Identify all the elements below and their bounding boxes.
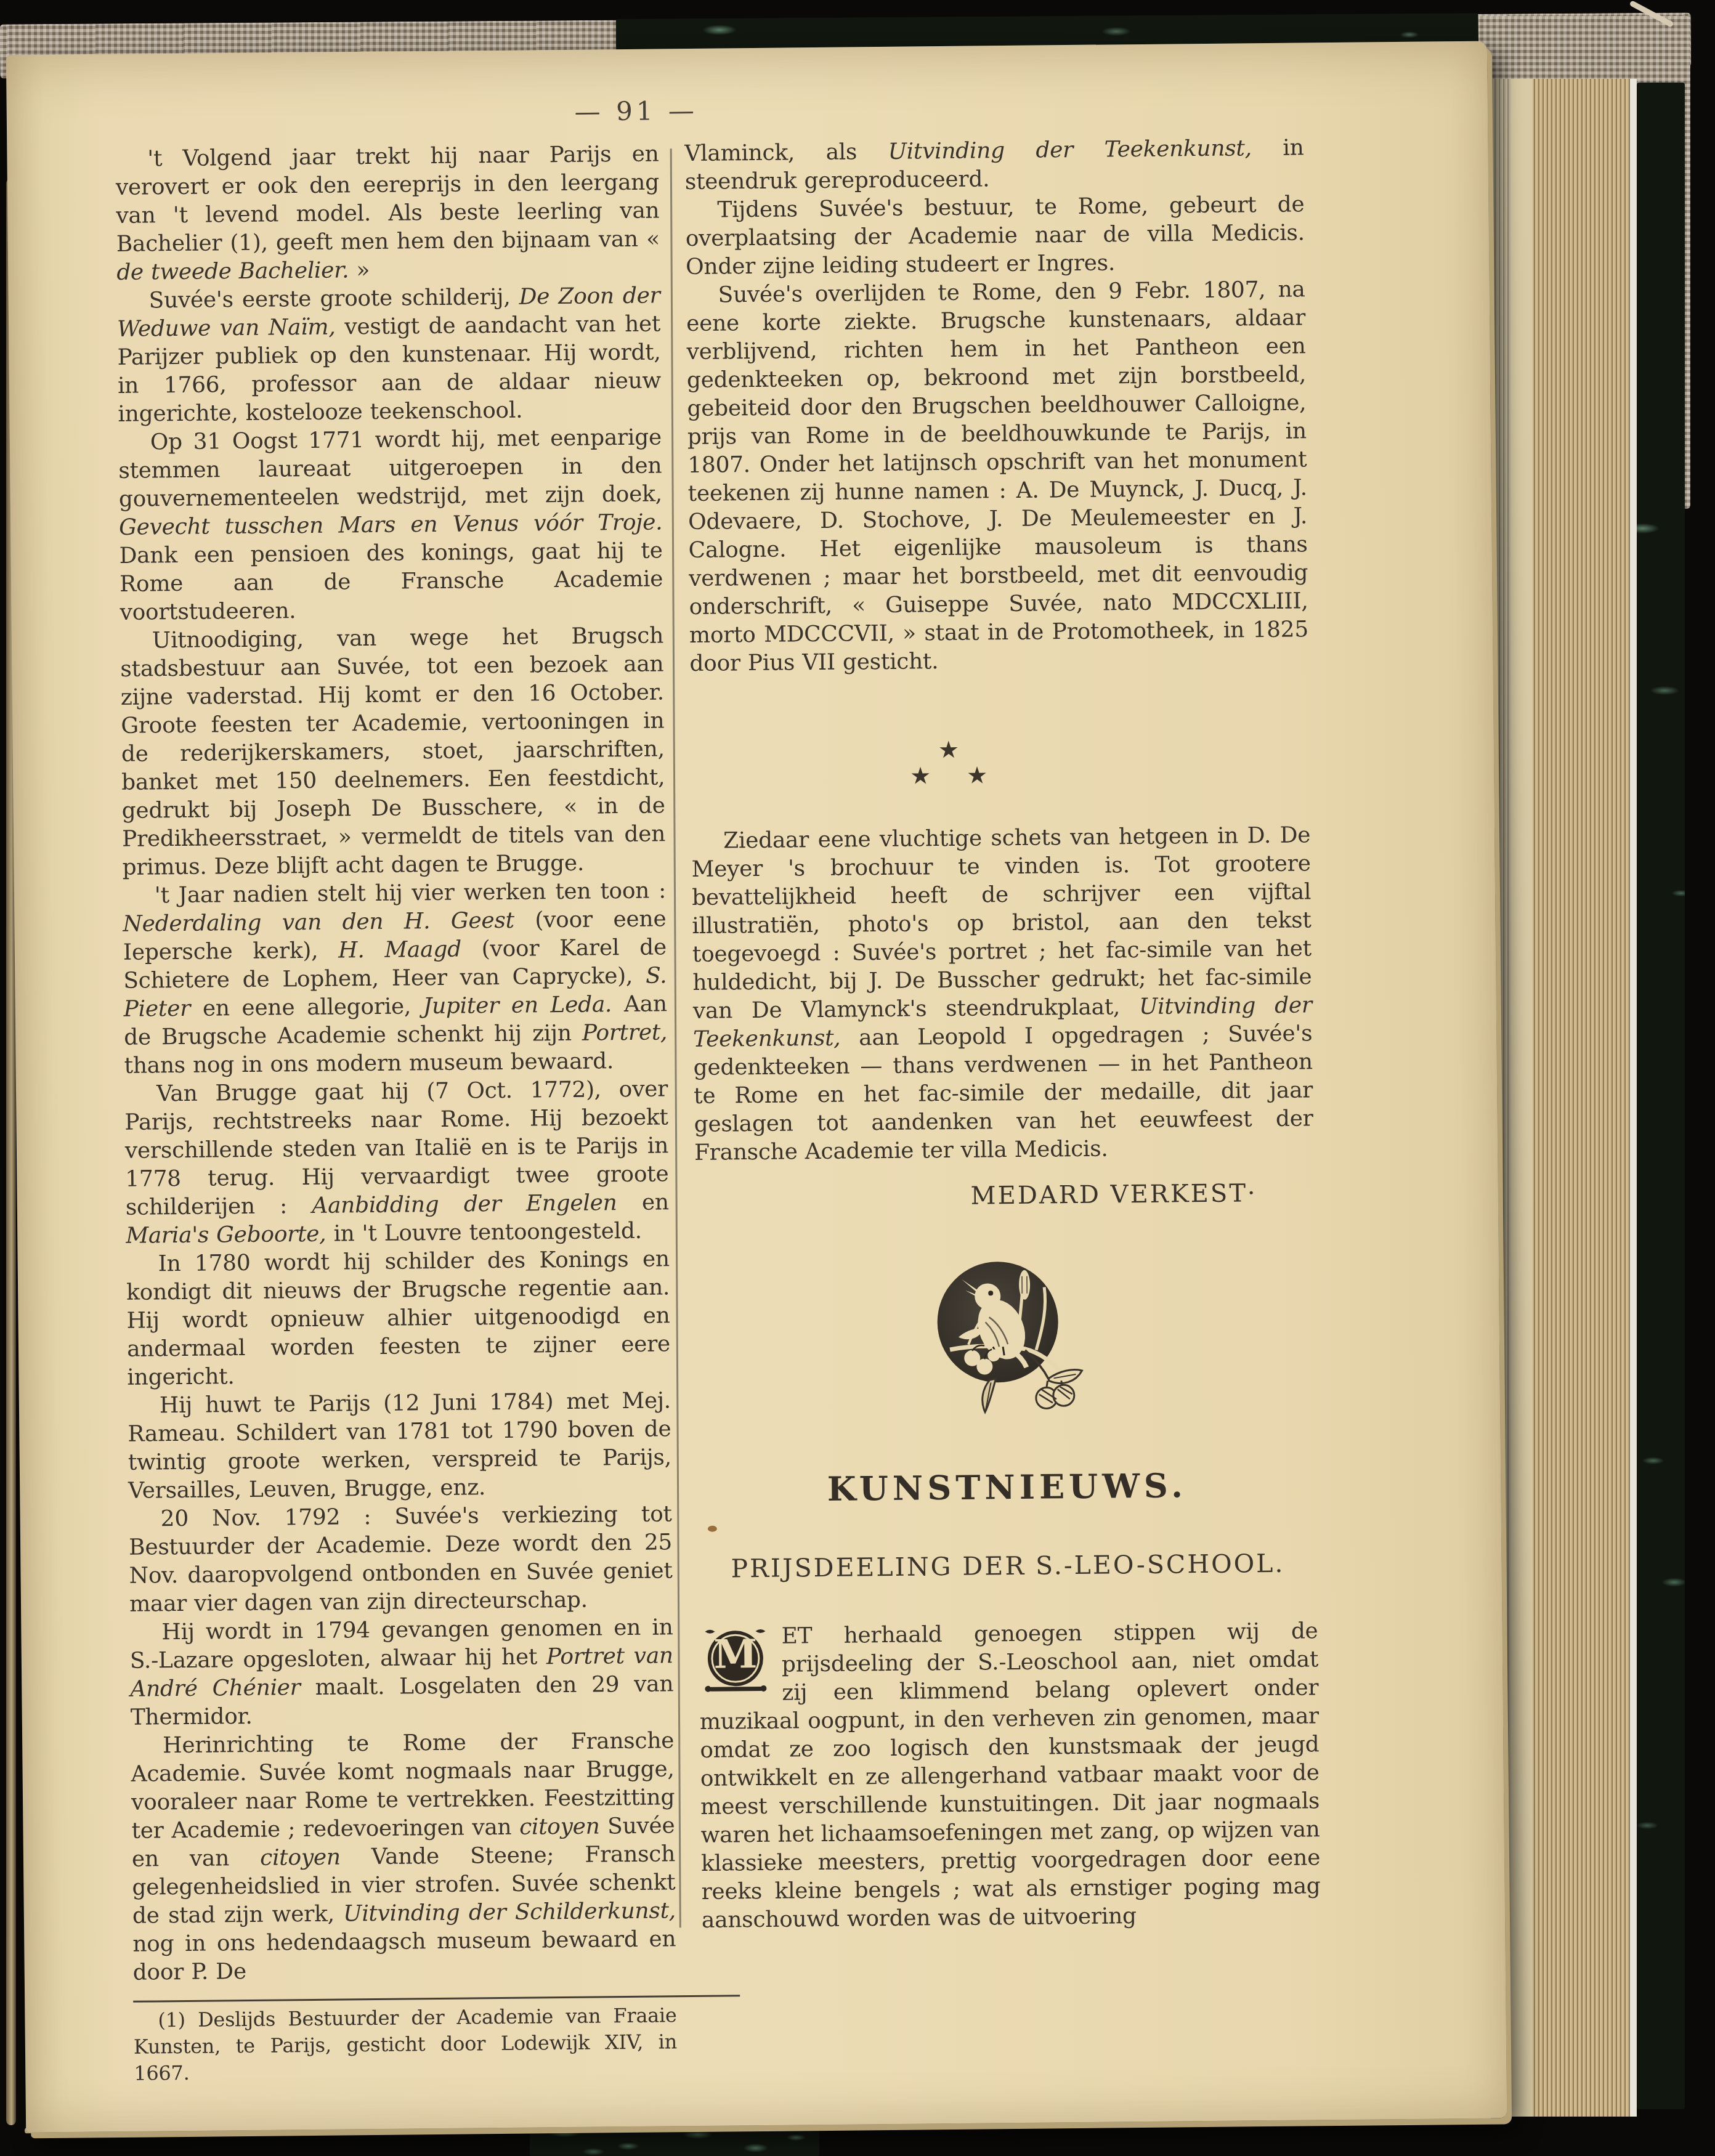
paragraph: Suvée's eerste groote schilderij, De Zoo… xyxy=(116,282,661,428)
italic-text-run: Nederdaling van den H. Geest xyxy=(123,908,514,937)
text-run: 't Volgend jaar trekt hij naar Parijs en… xyxy=(116,141,660,256)
footnote: (1) Deslijds Bestuurder der Academie van… xyxy=(133,2002,677,2086)
paragraph: Vlaminck, als Uitvinding der Teekenkunst… xyxy=(684,134,1304,197)
marbled-board-bottom-edge xyxy=(530,2125,819,2156)
text-run: In 1780 wordt hij schilder des Konings e… xyxy=(126,1246,670,1390)
text-column-left: 't Volgend jaar trekt hij naar Parijs en… xyxy=(115,140,677,2086)
paragraph: Hij huwt te Parijs (12 Juni 1784) met Me… xyxy=(128,1387,672,1505)
paper-stain xyxy=(708,1526,717,1532)
italic-text-run: Jupiter en Leda. xyxy=(423,992,612,1019)
section-title: KUNSTNIEUWS. xyxy=(697,1464,1317,1510)
paragraph: Van Brugge gaat hij (7 Oct. 1772), over … xyxy=(124,1075,670,1250)
text-run: Uitnoodiging, van wege het Brugsch stads… xyxy=(120,623,665,880)
italic-text-run: Gevecht tusschen Mars en Venus vóór Troj… xyxy=(119,509,662,540)
ornamental-initial-icon: M xyxy=(699,1626,772,1703)
italic-text-run: de tweede Bachelier. xyxy=(116,257,349,285)
text-run: Suvée's overlijden te Rome, den 9 Febr. … xyxy=(686,277,1308,676)
paragraph: 't Volgend jaar trekt hij naar Parijs en… xyxy=(115,140,660,286)
paragraph: Ziedaar eene vluchtige schets van hetgee… xyxy=(691,821,1313,1167)
paragraph: Uitnoodiging, van wege het Brugsch stads… xyxy=(120,622,666,881)
paragraph: 20 Nov. 1792 : Suvée's verkiezing tot Be… xyxy=(128,1500,673,1618)
text-run: nog in ons hedendaagsch museum bewaard e… xyxy=(132,1926,676,1985)
paragraph: 't Jaar nadien stelt hij vier werken ten… xyxy=(123,877,668,1080)
page-number: — 91 — xyxy=(7,90,1266,132)
text-run: » xyxy=(349,257,370,283)
dropcap-letter: M xyxy=(699,1631,772,1678)
page-stack-edge-gap xyxy=(1512,79,1533,2117)
kunstnieuws-body: M ET herhaald genoegen stippen wij de pr… xyxy=(699,1617,1321,1935)
italic-text-run: Uitvinding der Teekenkunst, xyxy=(888,136,1251,164)
text-run: Hij huwt te Parijs (12 Juni 1784) met Me… xyxy=(128,1388,671,1503)
scanned-book-photo: — 91 — 't Volgend jaar trekt hij naar Pa… xyxy=(0,0,1715,2156)
star-icon: ★ xyxy=(967,761,987,788)
italic-text-run: H. Maagd xyxy=(338,937,461,963)
text-run: Vlaminck, als xyxy=(684,139,888,166)
section-subtitle: PRIJSDEELING DER S.-LEO-SCHOOL. xyxy=(698,1548,1317,1584)
author-signature: MEDARD VERKEST· xyxy=(695,1178,1314,1213)
text-run: in 't Louvre tentoongesteld. xyxy=(326,1218,642,1247)
paragraph: Op 31 Oogst 1771 wordt hij, met eenparig… xyxy=(118,423,663,626)
italic-text-run: Portret, xyxy=(582,1019,668,1045)
paragraph: (1) Deslijds Bestuurder der Academie van… xyxy=(133,2002,677,2086)
footnote-rule xyxy=(133,1995,740,2002)
text-run: Dank een pensioen des konings, gaat hij … xyxy=(119,538,663,625)
paragraph: Hij wordt in 1794 gevangen genomen en in… xyxy=(129,1613,674,1732)
right-column-text-mid: Ziedaar eene vluchtige schets van hetgee… xyxy=(691,821,1313,1167)
text-run: en eene allegorie, xyxy=(190,994,423,1021)
text-run: Tijdens Suvée's bestuur, te Rome, gebeur… xyxy=(686,192,1305,280)
text-column-right: Vlaminck, als Uitvinding der Teekenkunst… xyxy=(684,134,1314,1213)
paragraph: Herinrichting te Rome der Fransche Acade… xyxy=(131,1727,676,1987)
paragraph: In 1780 wordt hij schilder des Konings e… xyxy=(126,1245,671,1392)
text-run: thans nog in ons modern museum bewaard. xyxy=(124,1048,614,1079)
italic-text-run: Uitvinding der Schilderkunst, xyxy=(343,1898,676,1926)
star-icon: ★ xyxy=(938,736,959,763)
star-icon: ★ xyxy=(910,762,931,789)
text-run: en xyxy=(617,1189,669,1215)
star-separator: ★ ★ ★ xyxy=(691,736,1310,799)
marbled-board-right-edge xyxy=(1637,83,1685,2109)
paragraph: Suvée's overlijden te Rome, den 9 Febr. … xyxy=(686,275,1308,678)
text-run: 't Jaar nadien stelt hij vier werken ten… xyxy=(155,878,666,908)
text-run: 20 Nov. 1792 : Suvée's verkiezing tot Be… xyxy=(129,1501,673,1616)
italic-text-run: citoyen xyxy=(260,1845,341,1871)
scanned-page: — 91 — 't Volgend jaar trekt hij naar Pa… xyxy=(6,41,1507,2133)
endpaper-sliver xyxy=(1630,79,1637,2117)
text-run: ET herhaald genoegen stippen wij de prij… xyxy=(700,1618,1321,1933)
italic-text-run: Aanbidding der Engelen xyxy=(312,1190,617,1218)
text-run: Op 31 Oogst 1771 wordt hij, met eenparig… xyxy=(118,424,662,511)
right-column-text-top: Vlaminck, als Uitvinding der Teekenkunst… xyxy=(684,134,1309,718)
text-run: (1) Deslijds Bestuurder der Academie van… xyxy=(134,2003,677,2085)
left-column-text: 't Volgend jaar trekt hij naar Parijs en… xyxy=(115,140,676,1987)
text-run: Suvée's eerste groote schilderij, xyxy=(149,285,519,314)
paragraph: Tijdens Suvée's bestuur, te Rome, gebeur… xyxy=(685,190,1305,282)
bird-vignette-illustration xyxy=(932,1257,1089,1416)
italic-text-run: citoyen xyxy=(519,1814,600,1839)
page-stack-edge-tan xyxy=(1533,79,1630,2117)
paragraph: ET herhaald genoegen stippen wij de prij… xyxy=(699,1617,1321,1935)
italic-text-run: Maria's Geboorte, xyxy=(126,1222,326,1249)
